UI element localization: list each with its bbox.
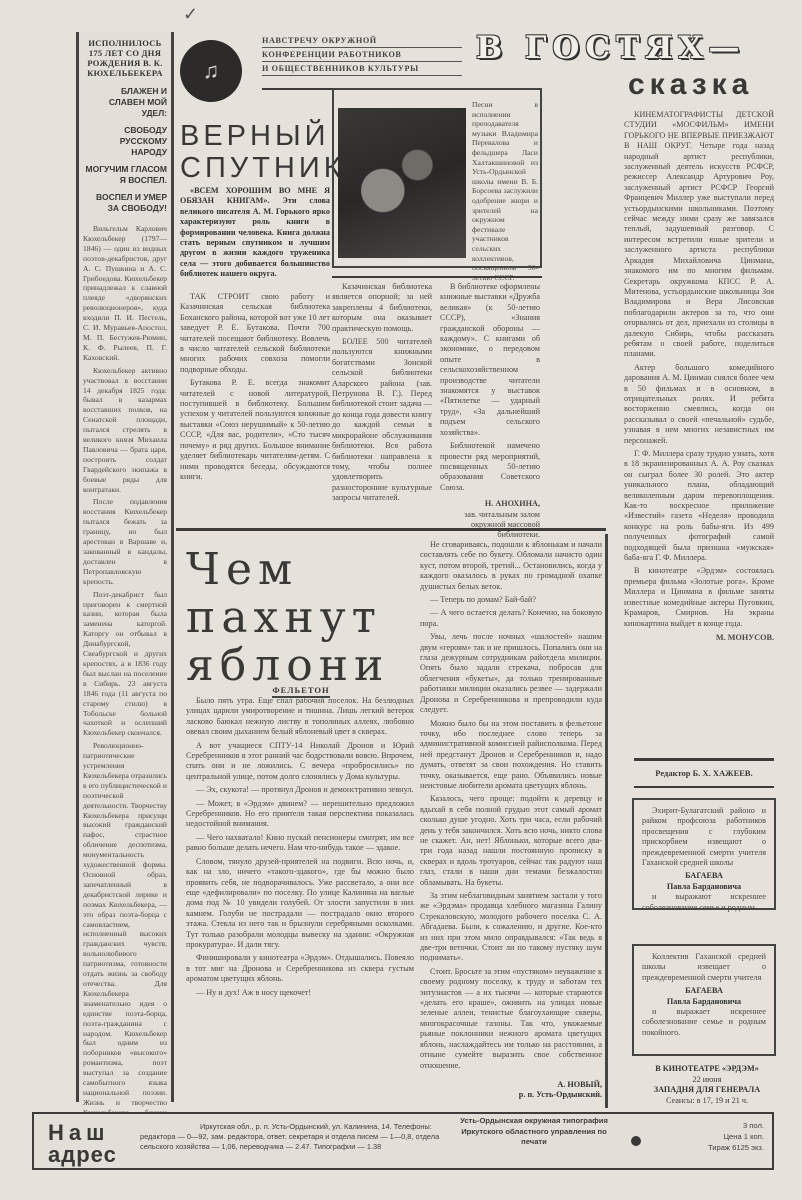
obituary-intro: Эхирит-Булагатский районо и райком профс…: [642, 806, 766, 868]
obituary-name: Павла Бардановича: [642, 997, 766, 1007]
article-paragraph: А вот учащиеся СПТУ-14 Николай Дронов и …: [186, 741, 414, 783]
circulation: Тираж 6125 экз.: [654, 1142, 764, 1153]
printer-info: Усть-Ордынская окружная типография Иркут…: [454, 1116, 614, 1148]
skazka-title-line2: сказка: [628, 68, 753, 102]
article-paragraph: — Эх, скукота! — протянул Дронов и демон…: [186, 785, 414, 795]
article-paragraph: Библиотекой намечено провести ряд меропр…: [440, 441, 540, 493]
article-paragraph: ТАК СТРОИТ свою работу и Казачинская сел…: [180, 292, 330, 375]
obituary-outro: и выражают искреннее соболезнование семь…: [642, 892, 766, 913]
column-rule: [612, 88, 615, 1108]
article-paragraph: — Может, в «Эрдэм» двинем? — нерешительн…: [186, 799, 414, 830]
conference-header: НАВСТРЕЧУ ОКРУЖНОЙ КОНФЕРЕНЦИИ РАБОТНИКО…: [262, 34, 462, 76]
obituary-surname: БАГАЕВА: [642, 986, 766, 996]
conference-line: КОНФЕРЕНЦИИ РАБОТНИКОВ: [262, 48, 462, 62]
author-name: Н. АНОХИНА,: [440, 499, 540, 509]
conference-line: И ОБЩЕСТВЕННИКОВ КУЛЬТУРЫ: [262, 62, 462, 76]
feuilleton-title: Чем пахнут яблони: [186, 546, 389, 690]
dot-ornament-icon: [631, 1136, 641, 1146]
sputnik-lead: «ВСЕМ ХОРОШИМ ВО МНЕ Я ОБЯЗАН КНИГАМ». Э…: [180, 186, 330, 283]
film-title: ЗАПАДНЯ ДЛЯ ГЕНЕРАЛА: [632, 1085, 782, 1096]
sputnik-title: ВЕРНЫЙ СПУТНИК: [180, 120, 330, 184]
article-paragraph: БОЛЕЕ 500 читателей пользуются книжными …: [332, 337, 432, 504]
obituary-name: Павла Бардановича: [642, 882, 766, 892]
article-paragraph: Словом, тянуло друзей-приятелей на подви…: [186, 857, 414, 951]
kuchelbecker-heading: ИСПОЛНИЛОСЬ 175 ЛЕТ СО ДНЯ РОЖДЕНИЯ В. К…: [79, 38, 171, 78]
cinema-name: В КИНОТЕАТРЕ «ЭРДЭМ»: [632, 1064, 782, 1075]
obituary-surname: БАГАЕВА: [642, 871, 766, 881]
slogan-line: ВОСПЕЛ И УМЕР ЗА СВОБОДУ!: [83, 192, 167, 214]
article-paragraph: В кинотеатре «Эрдэм» состоялась премьера…: [624, 566, 774, 628]
article-paragraph: Казачинская библиотека является опорной;…: [332, 282, 432, 334]
slogan-line: МОГУЧИМ ГЛАСОМ Я ВОСПЕЛ.: [83, 164, 167, 186]
article-paragraph: Казалось, чего проще: подойти к деревцу …: [420, 794, 602, 888]
title-line: Чем: [186, 546, 389, 594]
article-paragraph: — А чего остается делать? Конечно, на бо…: [420, 608, 602, 629]
article-paragraph: В библиотеке оформлены книжные выставки …: [440, 282, 540, 438]
newspaper-page: ✓ ИСПОЛНИЛОСЬ 175 ЛЕТ СО ДНЯ РОЖДЕНИЯ В.…: [0, 0, 802, 1200]
title-line: ВЕРНЫЙ: [180, 120, 330, 152]
sputnik-col2: Казачинская библиотека является опорной;…: [332, 282, 432, 507]
article-paragraph: Не сговариваясь, подошли к яблонькам и н…: [420, 540, 602, 592]
sputnik-col3: В библиотеке оформлены книжные выставки …: [440, 282, 540, 541]
obituary-outro: и выражает искреннее соболезнование семь…: [642, 1007, 766, 1038]
article-paragraph: Увы, лечь после ночных «шалостей» нашим …: [420, 632, 602, 715]
culture-emblem: ♫: [180, 40, 242, 102]
article-paragraph: КИНЕМАТОГРАФИСТЫ ДЕТСКОЙ СТУДИИ «МОСФИЛЬ…: [624, 110, 774, 360]
photo-frame: Песни в исполнении преподавателя музыки …: [332, 88, 542, 268]
article-paragraph: После подавления восстания Кюхельбекер п…: [83, 497, 167, 586]
divider: [634, 786, 774, 788]
feuilleton-col2: Не сговариваясь, подошли к яблонькам и н…: [420, 540, 602, 1074]
article-paragraph: Г. Ф. Миллера сразу трудно узнать, хотя …: [624, 449, 774, 563]
article-paragraph: Кюхельбекер активно участвовал в восстан…: [83, 366, 167, 495]
article-paragraph: Революционно-патриотические устремления …: [83, 741, 167, 1167]
slogan-line: БЛАЖЕН И СЛАВЕН МОЙ УДЕЛ:: [83, 86, 167, 119]
skazka-body: КИНЕМАТОГРАФИСТЫ ДЕТСКОЙ СТУДИИ «МОСФИЛЬ…: [624, 110, 774, 643]
lead-paragraph: «ВСЕМ ХОРОШИМ ВО МНЕ Я ОБЯЗАН КНИГАМ». Э…: [180, 186, 330, 280]
article-paragraph: За этим неблаговидным занятием застали у…: [420, 891, 602, 964]
article-paragraph: Стоит. Бросьте за этим «пустяком» неуваж…: [420, 967, 602, 1071]
sputnik-col1: ТАК СТРОИТ свою работу и Казачинская сел…: [180, 292, 330, 485]
author-name: М. МОНУСОВ.: [624, 633, 774, 643]
kuchelbecker-body: Вильгельм Карлович Кюхельбекер (1797—184…: [79, 214, 171, 1167]
article-paragraph: — Теперь по домам? Бай-бай?: [420, 595, 602, 605]
pencil-check-mark: ✓: [183, 4, 198, 25]
article-paragraph: — Чего нахватало! Кино пускай пенсионеры…: [186, 833, 414, 854]
order-no: 3 пол.: [654, 1120, 764, 1131]
divider: [332, 276, 542, 278]
article-paragraph: — Ну и дух! Аж в носу щекочет!: [186, 988, 414, 998]
author-name: А. НОВЫЙ,: [420, 1080, 602, 1090]
article-paragraph: Актер большого комедийного дарования А. …: [624, 363, 774, 446]
singers-photo: [338, 108, 466, 258]
title-line: СПУТНИК: [180, 152, 330, 184]
article-paragraph: Поэт-декабрист был приговорен к смертной…: [83, 590, 167, 739]
obituary-intro: Коллектив Гаханской средней школы извеща…: [642, 952, 766, 983]
obituary-2: Коллектив Гаханской средней школы извеща…: [632, 944, 776, 1056]
address-text: Иркутская обл., р. п. Усть-Ордынский, ул…: [140, 1122, 440, 1152]
article-paragraph: Можно было бы на этом поставить в фельет…: [420, 719, 602, 792]
showtimes: Сеансы: в 17, 19 и 21 ч.: [632, 1096, 782, 1107]
article-paragraph: Финишировали у кинотеатра «Эрдэм». Отдыш…: [186, 953, 414, 984]
obituary-1: Эхирит-Булагатский районо и райком профс…: [632, 798, 776, 910]
cinema-date: 22 июня: [632, 1075, 782, 1086]
adres-label: адрес: [48, 1144, 117, 1166]
divider: [634, 758, 774, 761]
feuilleton-col1: Было пять утра. Еще спал рабочий поселок…: [186, 696, 414, 1001]
conference-line: НАВСТРЕЧУ ОКРУЖНОЙ: [262, 34, 462, 48]
price: Цена 1 коп.: [654, 1131, 764, 1142]
kuchelbecker-column: ИСПОЛНИЛОСЬ 175 ЛЕТ СО ДНЯ РОЖДЕНИЯ В. К…: [76, 32, 174, 1102]
our-address-label: Наш адрес: [48, 1122, 117, 1166]
author-place: р. п. Усть-Ордынский.: [420, 1090, 602, 1100]
article-paragraph: Было пять утра. Еще спал рабочий поселок…: [186, 696, 414, 738]
footer-box: Наш адрес Иркутская обл., р. п. Усть-Орд…: [32, 1112, 774, 1170]
title-line: пахнут: [186, 594, 389, 642]
article-paragraph: Бутакова Р. Е. всегда знакомит читателей…: [180, 378, 330, 482]
nash-label: Наш: [48, 1122, 117, 1144]
article-paragraph: Вильгельм Карлович Кюхельбекер (1797—184…: [83, 224, 167, 363]
skazka-title-line1: В ГОСТЯХ—: [476, 30, 746, 66]
theatre-mask-emblem-icon: ♫: [180, 40, 242, 102]
feuilleton-byline: А. НОВЫЙ, р. п. Усть-Ордынский.: [420, 1080, 602, 1100]
cinema-announcement: В КИНОТЕАТРЕ «ЭРДЭМ» 22 июня ЗАПАДНЯ ДЛЯ…: [632, 1064, 782, 1106]
slogan-line: СВОБОДУ РУССКОМУ НАРОДУ: [83, 125, 167, 158]
divider: [176, 528, 606, 531]
photo-caption: Песни в исполнении преподавателя музыки …: [472, 100, 538, 282]
issue-info: 3 пол. Цена 1 коп. Тираж 6125 экз.: [654, 1120, 764, 1153]
kuchelbecker-slogan: БЛАЖЕН И СЛАВЕН МОЙ УДЕЛ: СВОБОДУ РУССКО…: [79, 86, 171, 214]
editor-credit: Редактор Б. Х. ХАЖЕЕВ.: [634, 768, 774, 778]
